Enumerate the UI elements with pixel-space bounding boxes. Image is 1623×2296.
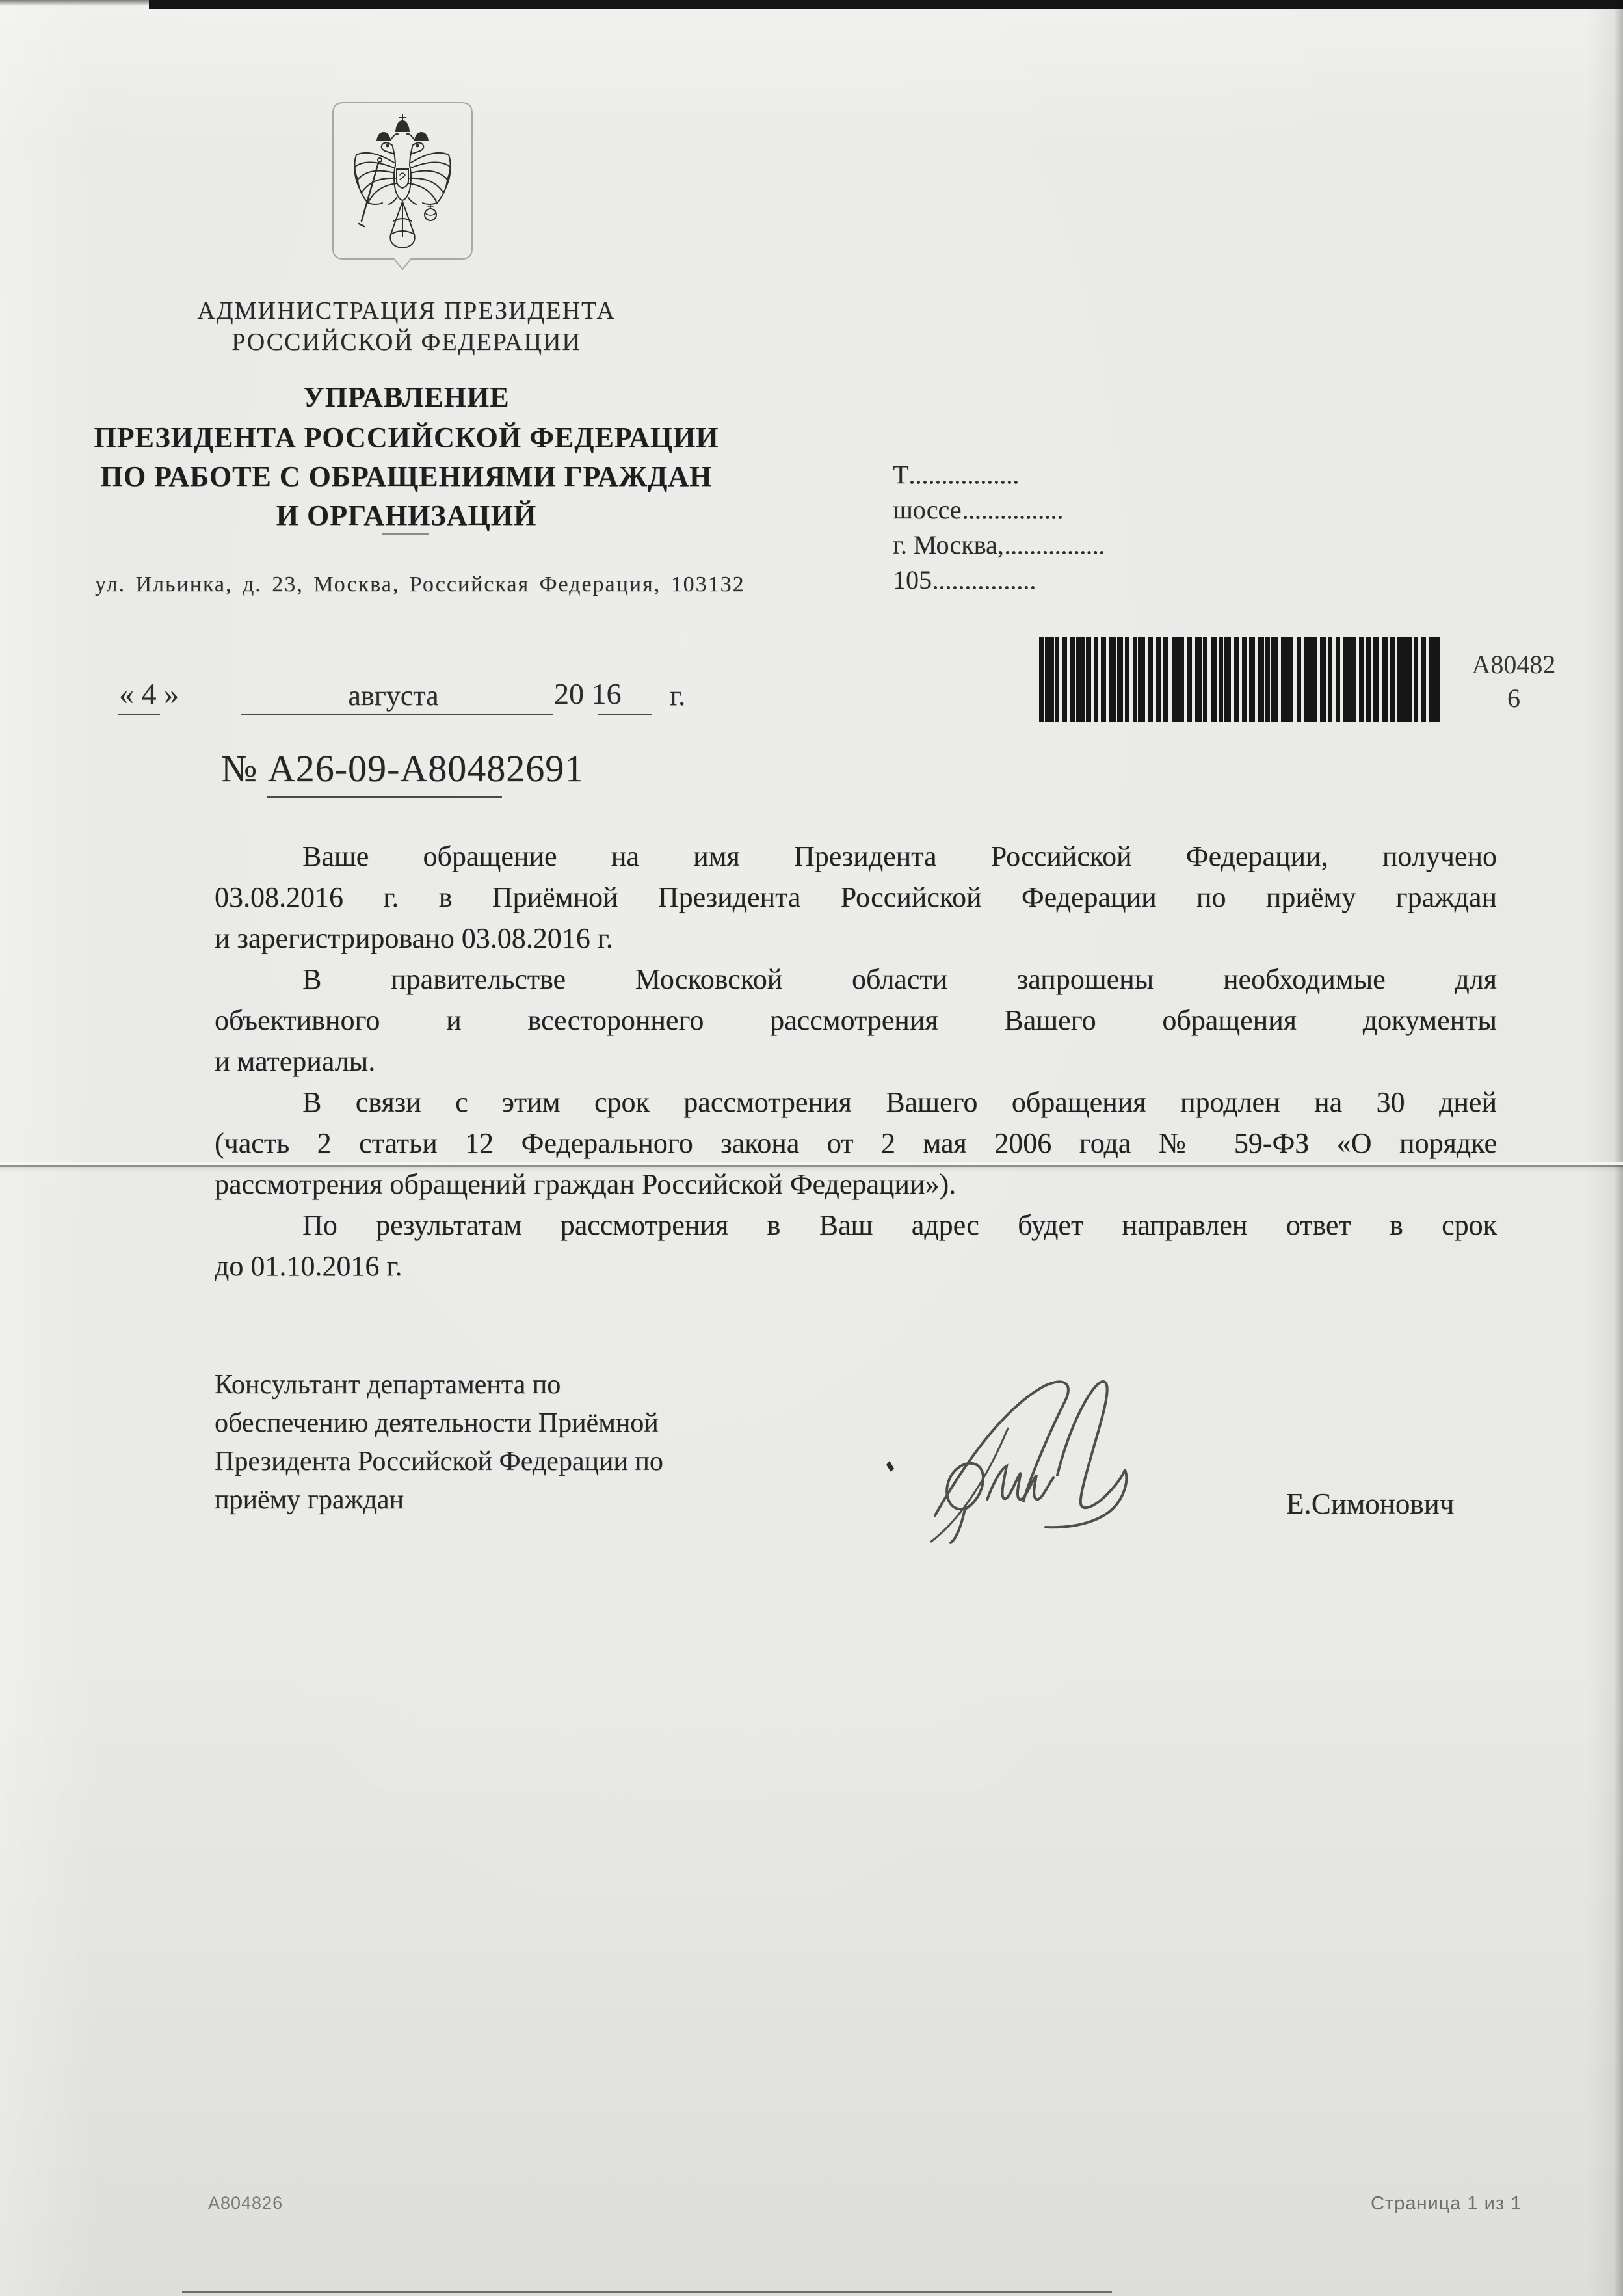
signer-position-block: Консультант департамента по обеспечению … <box>215 1366 709 1519</box>
body-line: (часть 2 статьи 12 Федерального закона о… <box>215 1123 1497 1164</box>
body-line: В правительстве Московской области запро… <box>215 959 1497 1000</box>
body-line: объективного и всестороннего рассмотрени… <box>215 1000 1497 1041</box>
body-line: По результатам рассмотрения в Ваш адрес … <box>215 1205 1497 1246</box>
body-line: В связи с этим срок рассмотрения Вашего … <box>215 1082 1497 1123</box>
scan-right-shadow <box>1614 0 1623 2296</box>
recipient-line-3-dotted-leader <box>1006 551 1103 554</box>
barcode <box>1039 637 1440 722</box>
russian-coat-of-arms-emblem <box>330 100 475 280</box>
recipient-line-2-label: шоссе <box>893 494 962 525</box>
footer-doc-code: А804826 <box>208 2193 283 2213</box>
date-month-underline <box>241 714 553 715</box>
recipient-line-3: г. Москва, <box>893 529 1103 560</box>
date-day-underline <box>118 714 160 715</box>
signer-name: Е.Симонович <box>1286 1487 1454 1521</box>
footer-page-label: Страница 1 из 1 <box>1371 2193 1522 2215</box>
date-year-underline <box>598 714 652 715</box>
letter-body: Ваше обращение на имя Президента Российс… <box>215 836 1497 1287</box>
recipient-line-1-dotted-leader <box>910 481 1018 484</box>
recipient-line-1-label: Т <box>893 459 908 490</box>
sender-address-line: ул. Ильинка, д. 23, Москва, Российская Ф… <box>95 572 745 597</box>
date-day: « 4 » <box>119 676 179 711</box>
parent-org-line-2: РОССИЙСКОЙ ФЕДЕРАЦИИ <box>78 328 735 356</box>
ink-dot-artifact <box>886 1461 894 1472</box>
department-name-line-3: ПО РАБОТЕ С ОБРАЩЕНИЯМИ ГРАЖДАН <box>78 460 735 493</box>
signer-position-line: Президента Российской Федерации по <box>215 1443 709 1481</box>
department-name-line-4: И ОРГАНИЗАЦИЙ <box>78 499 735 532</box>
body-line: и зарегистрировано 03.08.2016 г. <box>215 918 1497 959</box>
scan-edge-smudge <box>0 0 149 6</box>
recipient-line-4-label: 105 <box>893 565 932 595</box>
body-line: и материалы. <box>215 1041 1497 1082</box>
letterhead-divider-dash <box>382 533 429 535</box>
body-line: Ваше обращение на имя Президента Российс… <box>215 836 1497 877</box>
handwritten-signature <box>884 1345 1326 1547</box>
body-line: 03.08.2016 г. в Приёмной Президента Росс… <box>215 877 1497 918</box>
date-month: августа <box>325 679 462 712</box>
recipient-line-4: 105 <box>893 565 1035 595</box>
recipient-line-2: шоссе <box>893 494 1062 525</box>
recipient-line-4-dotted-leader <box>934 586 1035 589</box>
reference-number-underline <box>267 796 502 798</box>
parent-org-line-1: АДМИНИСТРАЦИЯ ПРЕЗИДЕНТА <box>78 297 735 325</box>
barcode-label-line-2: 6 <box>1462 683 1566 714</box>
barcode-label-line-1: А80482 <box>1462 649 1566 680</box>
signer-position-line: обеспечению деятельности Приёмной <box>215 1404 709 1443</box>
recipient-line-1: Т <box>893 459 1018 490</box>
department-name-line-2: ПРЕЗИДЕНТА РОССИЙСКОЙ ФЕДЕРАЦИИ <box>78 421 735 454</box>
signer-position-line: приёму граждан <box>215 1481 709 1519</box>
department-name-line-1: УПРАВЛЕНИЕ <box>78 380 735 414</box>
body-line: до 01.10.2016 г. <box>215 1246 1497 1287</box>
reference-number: № А26-09-А80482691 <box>221 747 584 790</box>
scanned-letter-page: АДМИНИСТРАЦИЯ ПРЕЗИДЕНТА РОССИЙСКОЙ ФЕДЕ… <box>0 0 1623 2296</box>
recipient-line-3-label: г. Москва, <box>893 529 1004 560</box>
scan-edge-band <box>149 0 1623 9</box>
body-line: рассмотрения обращений граждан Российско… <box>215 1164 1497 1205</box>
date-era: г. <box>670 679 685 712</box>
recipient-line-2-dotted-leader <box>964 516 1062 519</box>
date-year: 20 16 <box>554 676 622 711</box>
signer-position-line: Консультант департамента по <box>215 1366 709 1404</box>
scan-bottom-artifact <box>182 2291 1112 2293</box>
